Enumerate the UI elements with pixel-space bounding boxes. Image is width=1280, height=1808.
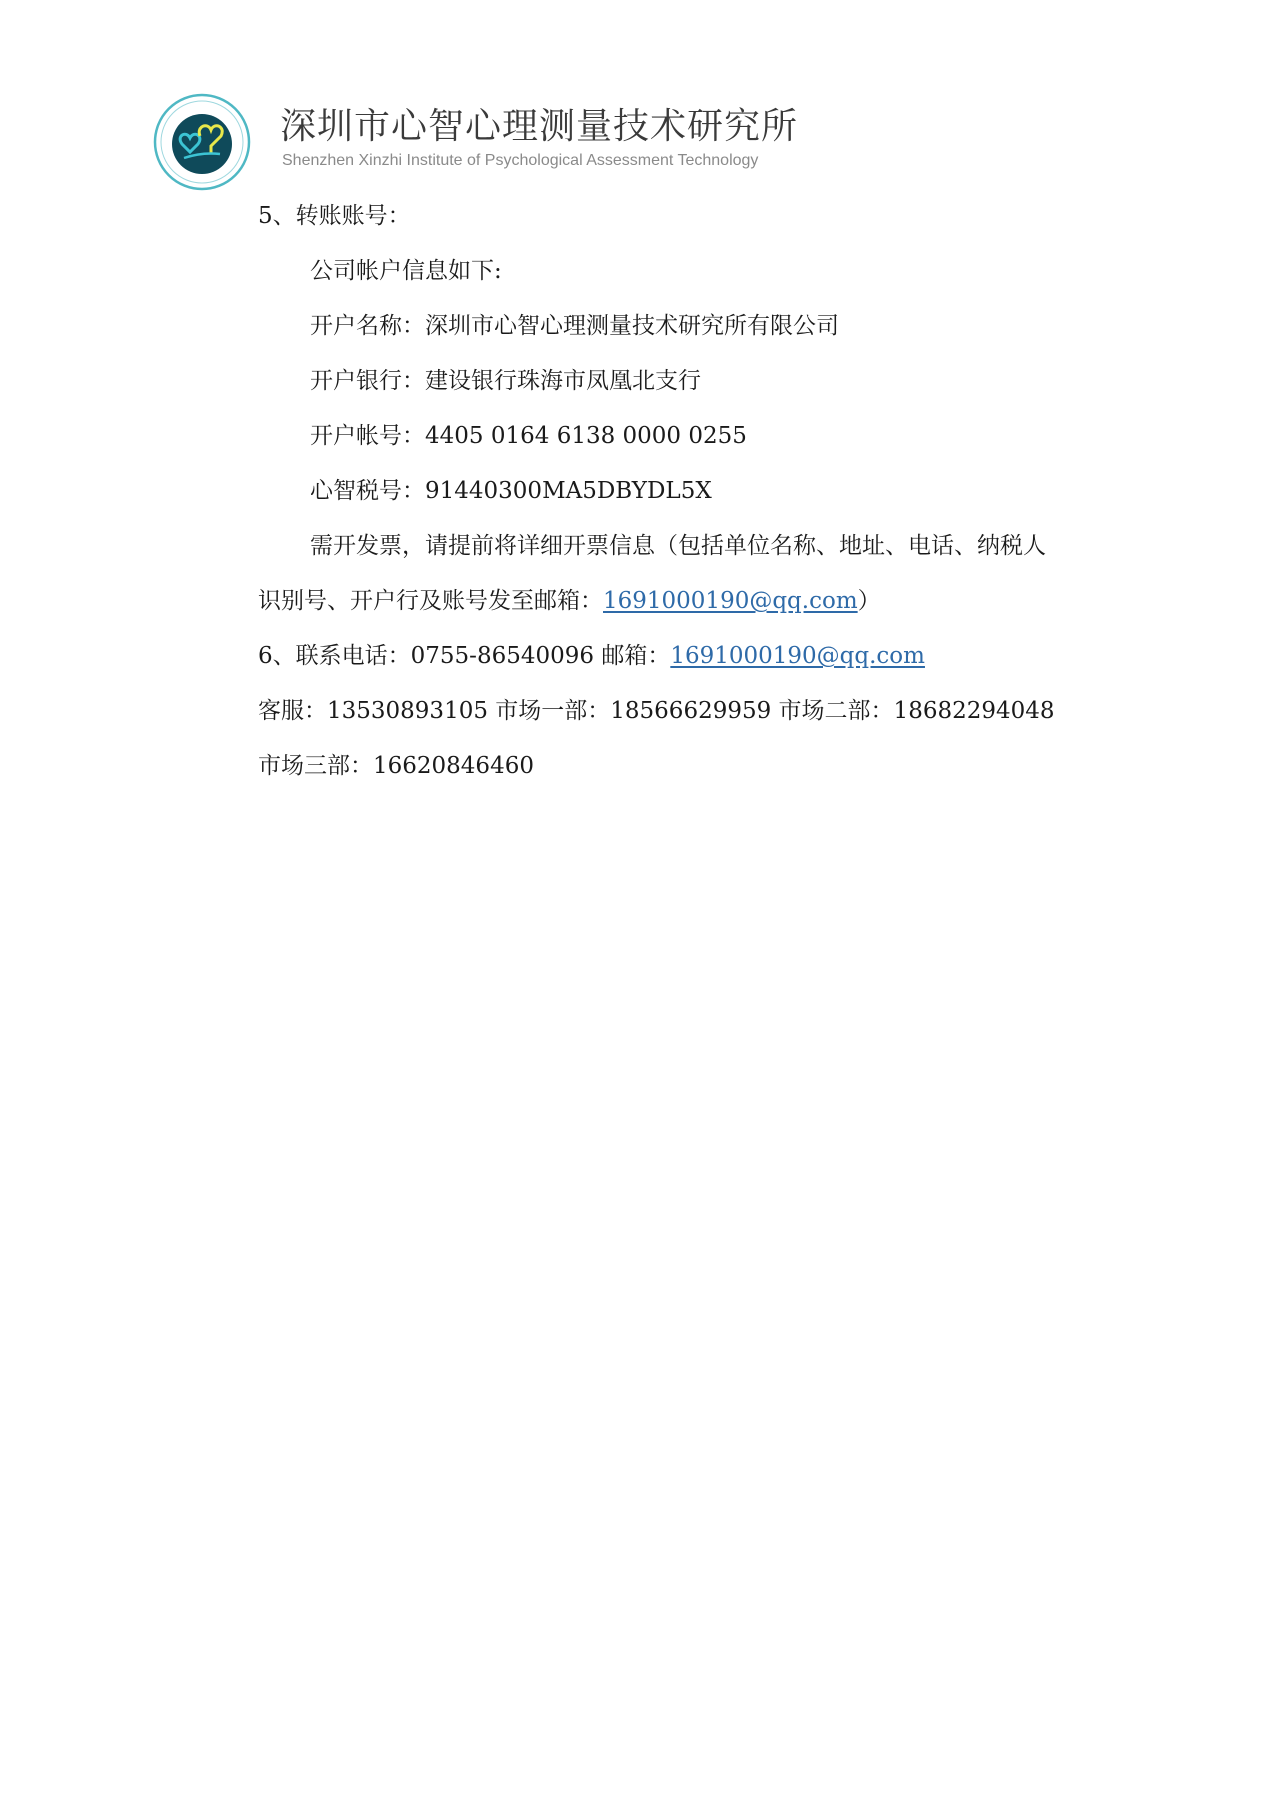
bank-value: 建设银行珠海市凤凰北支行: [425, 368, 701, 394]
tax-number-value: 91440300MA5DBYDL5X: [425, 478, 712, 504]
institute-english-name: Shenzhen Xinzhi Institute of Psychologic…: [282, 152, 758, 170]
contact-phone-text: 6、联系电话：0755-86540096 邮箱：: [258, 643, 670, 669]
account-number-row: 开户帐号：4405 0164 6138 0000 0255: [258, 416, 1138, 471]
market3-phone: 市场三部：16620846460: [258, 746, 1138, 801]
invoice-note-line-2: 识别号、开户行及账号发至邮箱：1691000190@qq.com）: [258, 581, 1138, 636]
invoice-note-text: 识别号、开户行及账号发至邮箱：: [258, 588, 603, 614]
institute-logo-icon: [152, 92, 252, 192]
invoice-email-link[interactable]: 1691000190@qq.com: [603, 588, 858, 614]
invoice-note-line-1: 需开发票，请提前将详细开票信息（包括单位名称、地址、电话、纳税人: [258, 526, 1138, 581]
account-name-row: 开户名称：深圳市心智心理测量技术研究所有限公司: [258, 306, 1138, 361]
account-info-intro: 公司帐户信息如下:: [258, 251, 1138, 306]
letterhead: 深圳市心智心理测量技术研究所 Shenzhen Xinzhi Institute…: [152, 92, 952, 202]
section-5-heading: 5、转账账号：: [258, 196, 1138, 251]
bank-row: 开户银行：建设银行珠海市凤凰北支行: [258, 361, 1138, 416]
invoice-note-close: ）: [858, 588, 881, 614]
account-number-label: 开户帐号：: [310, 423, 425, 449]
document-body: 5、转账账号： 公司帐户信息如下: 开户名称：深圳市心智心理测量技术研究所有限公…: [258, 196, 1138, 801]
institute-name: 深圳市心智心理测量技术研究所: [280, 98, 798, 149]
contact-email-link[interactable]: 1691000190@qq.com: [670, 643, 925, 669]
account-number-value: 4405 0164 6138 0000 0255: [425, 423, 747, 449]
bank-label: 开户银行：: [310, 368, 425, 394]
tax-number-label: 心智税号：: [310, 478, 425, 504]
tax-number-row: 心智税号：91440300MA5DBYDL5X: [258, 471, 1138, 526]
service-phones: 客服：13530893105 市场一部：18566629959 市场二部：186…: [258, 691, 1138, 746]
account-name-label: 开户名称：: [310, 313, 425, 339]
section-6-contact: 6、联系电话：0755-86540096 邮箱：1691000190@qq.co…: [258, 636, 1138, 691]
account-name-value: 深圳市心智心理测量技术研究所有限公司: [425, 313, 839, 339]
